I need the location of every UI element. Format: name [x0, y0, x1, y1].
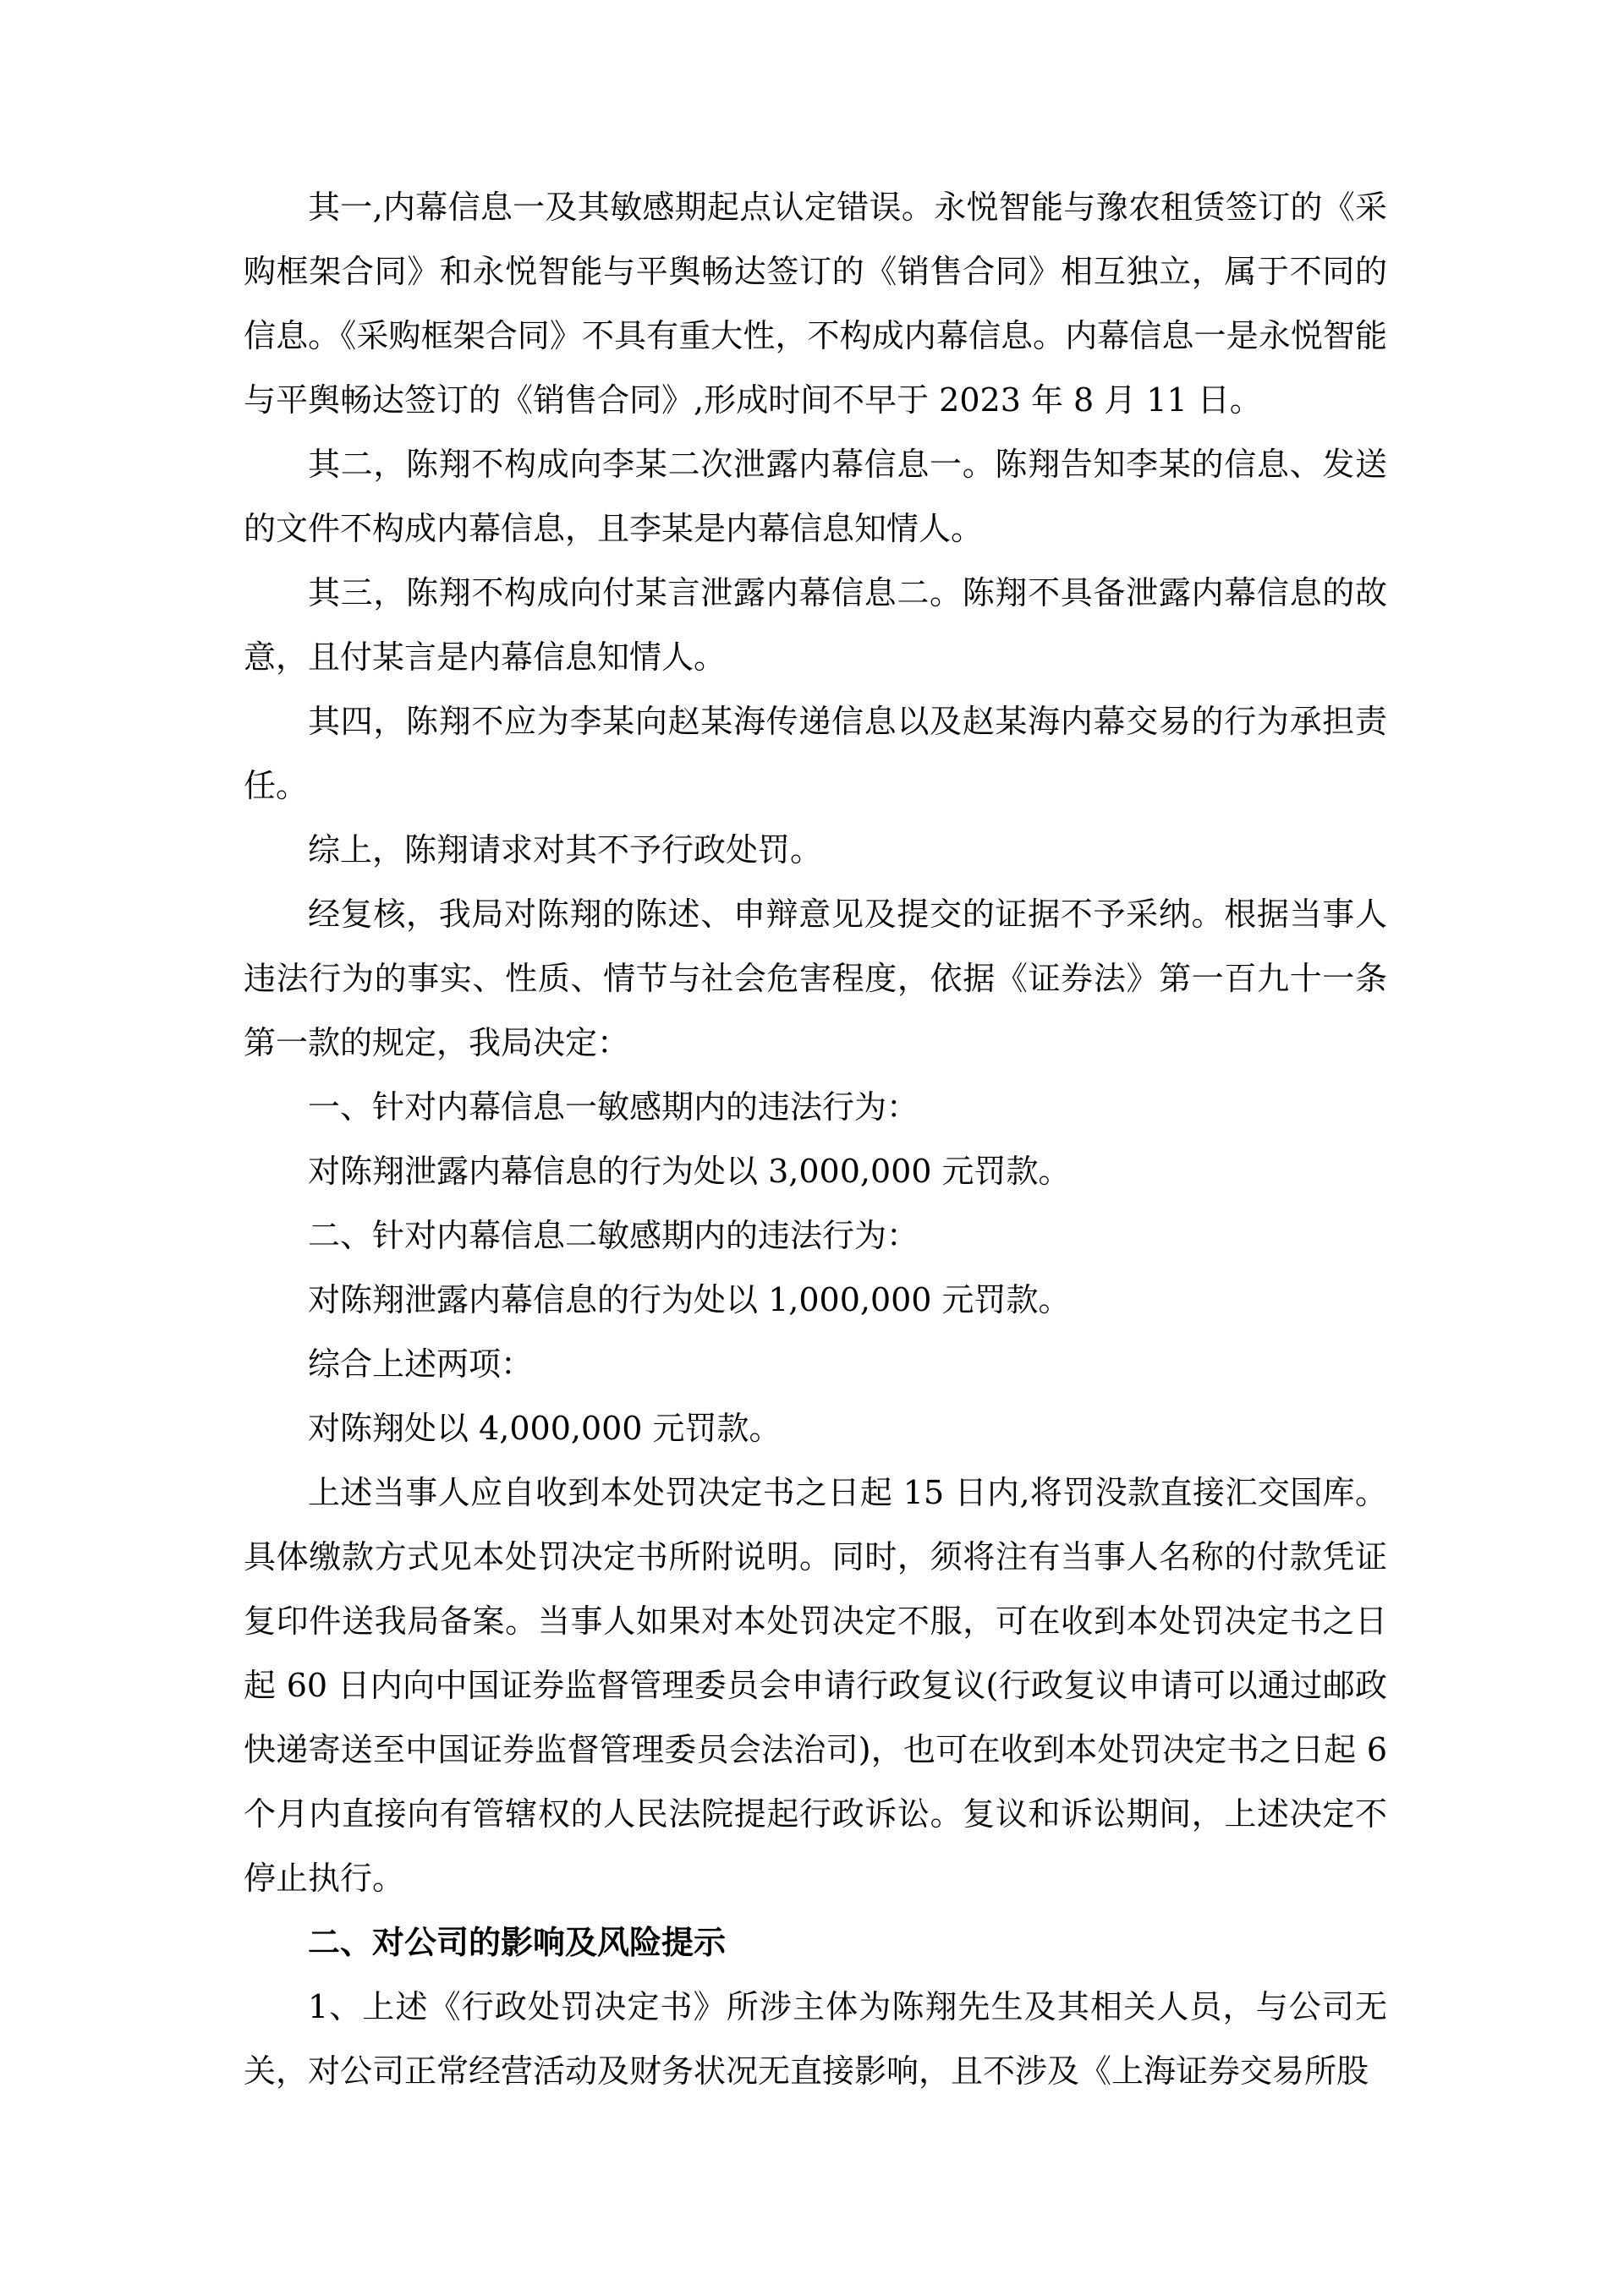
- para-defense-point-2: 其二，陈翔不构成向李某二次泄露内幕信息一。陈翔告知李某的信息、发送的文件不构成内…: [244, 432, 1387, 561]
- para-impact-item-1: 1、上述《行政处罚决定书》所涉主体为陈翔先生及其相关人员，与公司无关，对公司正常…: [244, 1975, 1387, 2103]
- document-body: 其一,内幕信息一及其敏感期起点认定错误。永悦智能与豫农租赁签订的《采购框架合同》…: [244, 175, 1387, 2103]
- document-page: 其一,内幕信息一及其敏感期起点认定错误。永悦智能与豫农租赁签订的《采购框架合同》…: [0, 0, 1624, 2296]
- para-review-conclusion: 经复核，我局对陈翔的陈述、申辩意见及提交的证据不予采纳。根据当事人违法行为的事实…: [244, 882, 1387, 1075]
- para-defense-point-4: 其四，陈翔不应为李某向赵某海传递信息以及赵某海内幕交易的行为承担责任。: [244, 689, 1387, 818]
- heading-company-impact: 二、对公司的影响及风险提示: [244, 1910, 1387, 1975]
- para-defense-point-1: 其一,内幕信息一及其敏感期起点认定错误。永悦智能与豫农租赁签订的《采购框架合同》…: [244, 175, 1387, 432]
- para-defense-point-3: 其三，陈翔不构成向付某言泄露内幕信息二。陈翔不具备泄露内幕信息的故意，且付某言是…: [244, 561, 1387, 689]
- para-decision-item-1: 一、针对内幕信息一敏感期内的违法行为：: [244, 1075, 1387, 1139]
- para-fine-1: 对陈翔泄露内幕信息的行为处以 3,000,000 元罚款。: [244, 1139, 1387, 1203]
- para-combined-items: 综合上述两项：: [244, 1332, 1387, 1396]
- para-payment-instructions: 上述当事人应自收到本处罚决定书之日起 15 日内,将罚没款直接汇交国库。具体缴款…: [244, 1460, 1387, 1910]
- para-total-fine: 对陈翔处以 4,000,000 元罚款。: [244, 1396, 1387, 1460]
- para-defense-summary: 综上，陈翔请求对其不予行政处罚。: [244, 818, 1387, 882]
- para-decision-item-2: 二、针对内幕信息二敏感期内的违法行为：: [244, 1203, 1387, 1268]
- para-fine-2: 对陈翔泄露内幕信息的行为处以 1,000,000 元罚款。: [244, 1268, 1387, 1332]
